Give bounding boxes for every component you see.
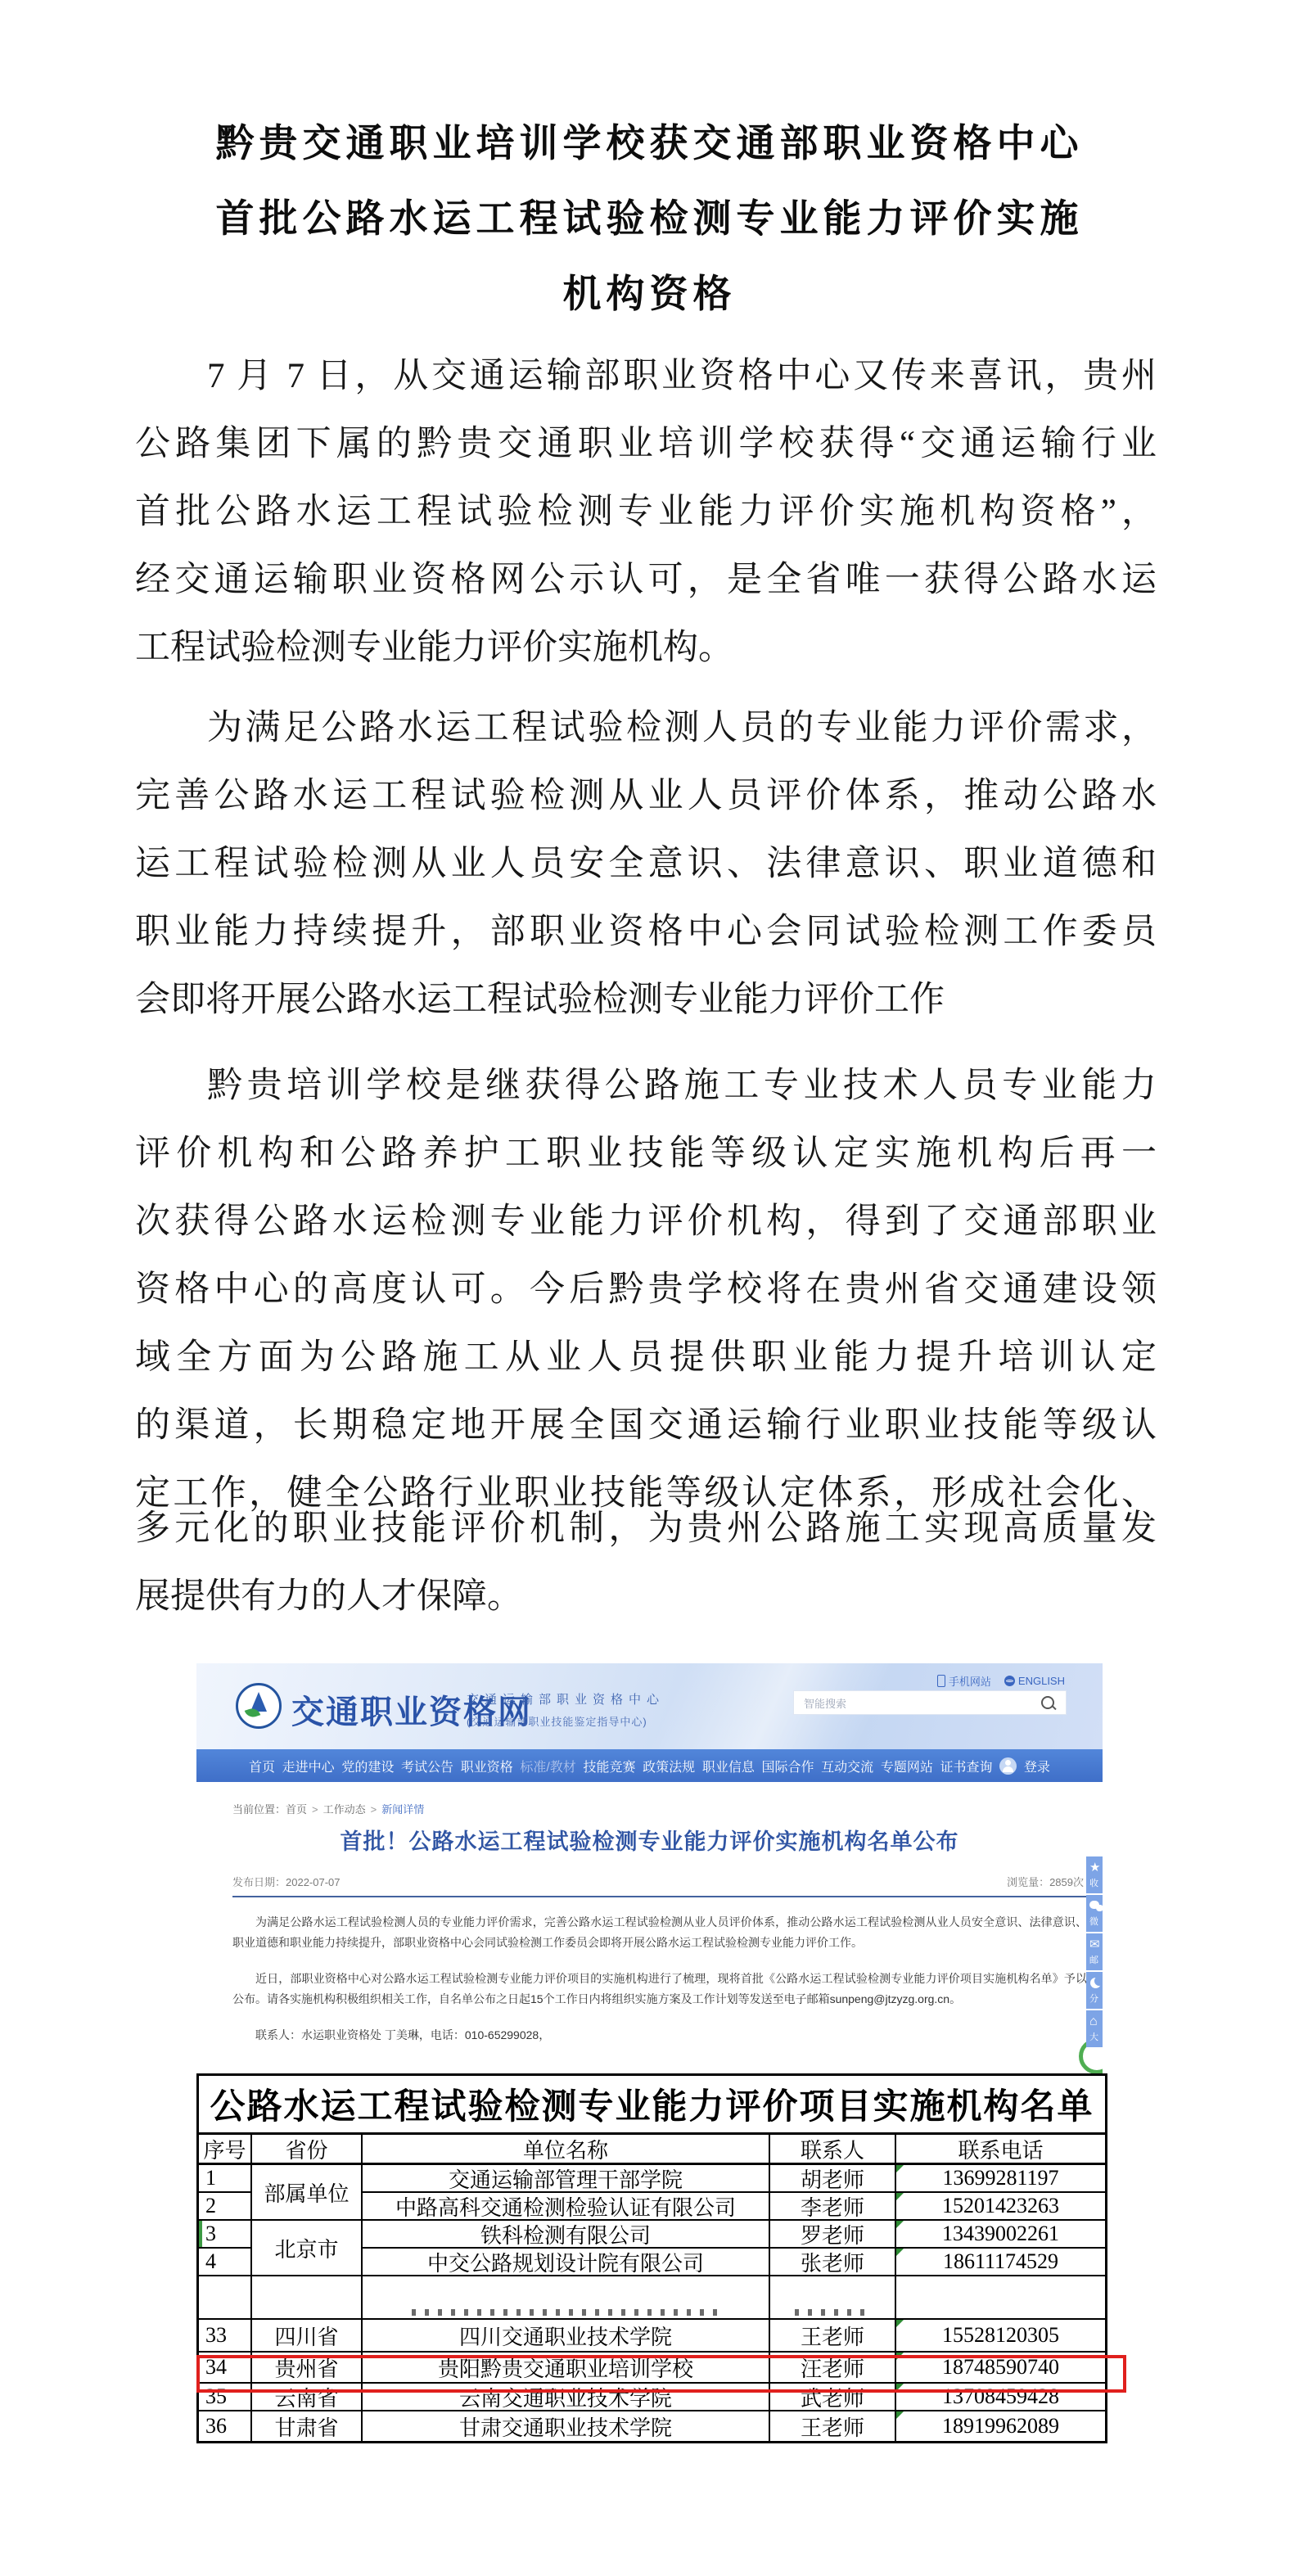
cell-contact: 罗老师 xyxy=(770,2221,896,2249)
cell-cropped xyxy=(199,2276,252,2320)
institution-table: 公路水运工程试验检测专业能力评价项目实施机构名单 序号 省份 单位名称 联系人 … xyxy=(196,2073,1107,2443)
cell-phone: 15528120305 xyxy=(896,2320,1105,2353)
building-icon xyxy=(1089,2014,1103,2028)
sidebar-mail-button[interactable]: 邮 xyxy=(1086,1933,1103,1970)
english-label: ENGLISH xyxy=(1018,1675,1065,1687)
green-marker xyxy=(199,2221,202,2247)
site-tagline: 交通运输部职业资格中心 (交通运输部职业技能鉴定指导中心) xyxy=(467,1690,665,1729)
cell-org: 贵阳黔贵交通职业培训学校 xyxy=(363,2353,770,2384)
nav-item-job-info[interactable]: 职业信息 xyxy=(702,1757,755,1775)
breadcrumb-prefix: 当前位置： xyxy=(232,1803,286,1816)
document-title-line: 首批公路水运工程试验检测专业能力评价实施 xyxy=(0,182,1299,257)
nav-item-exam-notice[interactable]: 考试公告 xyxy=(401,1757,453,1775)
nav-item-qualification[interactable]: 职业资格 xyxy=(461,1757,513,1775)
cell-cropped xyxy=(363,2276,770,2320)
breadcrumb: 当前位置：首页>工作动态>新闻详情 xyxy=(232,1801,424,1816)
text-line: 会即将开展公路水运工程试验检测专业能力评价工作 xyxy=(135,966,1157,1034)
comment-marker-icon xyxy=(896,2193,904,2200)
nav-item-party[interactable]: 党的建设 xyxy=(341,1757,394,1775)
cell-contact: 王老师 xyxy=(770,2411,896,2441)
breadcrumb-separator: > xyxy=(371,1803,377,1816)
table-rows-33-36: 33 四川省 四川交通职业技术学院 王老师 15528120305 34 贵州省… xyxy=(199,2320,1105,2441)
cell-cropped xyxy=(896,2276,1105,2320)
cell-phone: 18748590740 xyxy=(896,2353,1105,2384)
nav-item-about[interactable]: 走进中心 xyxy=(282,1757,335,1775)
text-line: 职业能力持续提升，部职业资格中心会同试验检测工作委员 xyxy=(135,898,1157,966)
cell-num: 34 xyxy=(199,2353,252,2384)
cell-cropped xyxy=(770,2276,896,2320)
comment-marker-icon xyxy=(896,2165,904,2172)
cell-num: 36 xyxy=(199,2411,252,2441)
column-header: 联系人 xyxy=(770,2135,896,2165)
text-line: 7 月 7 日，从交通运输部职业资格中心又传来喜讯，贵州 xyxy=(135,342,1157,410)
site-topbar: 手机网站 ENGLISH xyxy=(937,1673,1065,1689)
text-line: 工程试验检测专业能力评价实施机构。 xyxy=(135,614,1157,682)
cell-contact: 张老师 xyxy=(770,2249,896,2276)
column-header: 省份 xyxy=(252,2135,363,2165)
text-line: 运工程试验检测从业人员安全意识、法律意识、职业道德和 xyxy=(135,830,1157,898)
article-paragraph: 为满足公路水运工程试验检测人员的专业能力评价需求，完善公路水运工程试验检测从业人… xyxy=(232,1912,1087,1953)
table-cropped-rows xyxy=(199,2276,1105,2320)
sidebar-label: 收 xyxy=(1089,1876,1103,1889)
cell-province-group: 部属单位 xyxy=(252,2165,363,2221)
nav-item-policy[interactable]: 政策法规 xyxy=(643,1757,695,1775)
cell-province: 云南省 xyxy=(252,2384,363,2411)
nav-item-home[interactable]: 首页 xyxy=(249,1757,275,1775)
text-line: 首批公路水运工程试验检测专业能力评价实施机构资格”， xyxy=(135,478,1157,546)
sidebar-wechat-button[interactable]: 微 xyxy=(1086,1895,1103,1932)
nav-item-standards[interactable]: 标准/教材 xyxy=(520,1757,575,1775)
breadcrumb-home[interactable]: 首页 xyxy=(286,1803,307,1816)
share-icon xyxy=(1089,1976,1103,1990)
breadcrumb-news[interactable]: 工作动态 xyxy=(323,1803,366,1816)
article-paragraph: 近日，部职业资格中心对公路水运工程试验检测专业能力评价项目的实施机构进行了梳理，… xyxy=(232,1969,1087,2010)
comment-marker-icon xyxy=(896,2221,904,2228)
cell-org: 云南交通职业技术学院 xyxy=(363,2384,770,2411)
nav-item-login[interactable]: 登录 xyxy=(1024,1757,1050,1775)
table-header-row: 序号 省份 单位名称 联系人 联系电话 xyxy=(199,2135,1105,2165)
user-icon[interactable] xyxy=(999,1757,1017,1775)
mobile-site-label: 手机网站 xyxy=(949,1673,991,1689)
cell-phone: 13699281197 xyxy=(896,2165,1105,2193)
embedded-website-screenshot: 交通职业资格网 交通运输部职业资格中心 (交通运输部职业技能鉴定指导中心) 手机… xyxy=(196,1663,1103,2073)
comment-marker-icon xyxy=(896,2353,904,2360)
cell-phone: 15201423263 xyxy=(896,2193,1105,2221)
cell-num: 35 xyxy=(199,2384,252,2411)
cell-province: 甘肃省 xyxy=(252,2411,363,2441)
sidebar-hall-button[interactable]: 大 xyxy=(1086,2010,1103,2047)
cell-phone: 13439002261 xyxy=(896,2221,1105,2249)
globe-icon xyxy=(1004,1676,1015,1686)
cell-contact: 胡老师 xyxy=(770,2165,896,2193)
column-header: 序号 xyxy=(199,2135,252,2165)
cell-num: 3 xyxy=(199,2221,252,2249)
table-title: 公路水运工程试验检测专业能力评价项目实施机构名单 xyxy=(199,2076,1105,2135)
cell-org: 中交公路规划设计院有限公司 xyxy=(363,2249,770,2276)
article-body: 为满足公路水运工程试验检测人员的专业能力评价需求，完善公路水运工程试验检测从业人… xyxy=(232,1912,1087,2061)
search-box xyxy=(793,1690,1067,1715)
cell-phone: 13708459428 xyxy=(896,2384,1105,2411)
nav-item-skill-contest[interactable]: 技能竞赛 xyxy=(583,1757,635,1775)
text-line: 经交通运输职业资格网公示认可，是全省唯一获得公路水运 xyxy=(135,546,1157,614)
phone-icon xyxy=(937,1675,945,1687)
nav-item-cert-query[interactable]: 证书查询 xyxy=(940,1757,993,1775)
cell-contact: 汪老师 xyxy=(770,2353,896,2384)
sidebar-label: 邮 xyxy=(1089,1953,1103,1966)
cell-cropped xyxy=(252,2276,363,2320)
site-subtitle-2: (交通运输部职业技能鉴定指导中心) xyxy=(467,1713,665,1729)
cell-province-group: 北京市 xyxy=(252,2221,363,2276)
search-input[interactable] xyxy=(802,1692,1035,1715)
cell-contact: 王老师 xyxy=(770,2320,896,2353)
site-subtitle-1: 交通运输部职业资格中心 xyxy=(467,1690,665,1708)
comment-marker-icon xyxy=(896,2411,904,2419)
comment-marker-icon xyxy=(896,2249,904,2256)
text-line: 公路集团下属的黔贵交通职业培训学校获得“交通运输行业 xyxy=(135,410,1157,478)
article-meta: 发布日期：2022-07-07 浏览量：2859次 xyxy=(232,1874,1084,1889)
breadcrumb-separator: > xyxy=(312,1803,318,1816)
cell-org: 铁科检测有限公司 xyxy=(363,2221,770,2249)
comment-marker-icon xyxy=(896,2320,904,2327)
sidebar-label: 大 xyxy=(1089,2030,1103,2043)
nav-item-interaction[interactable]: 互动交流 xyxy=(821,1757,873,1775)
cell-phone: 18611174529 xyxy=(896,2249,1105,2276)
site-logo-icon[interactable] xyxy=(236,1683,282,1729)
cell-num: 4 xyxy=(199,2249,252,2276)
cell-province: 贵州省 xyxy=(252,2353,363,2384)
text-line: 评价机构和公路养护工职业技能等级认定实施机构后再一 xyxy=(135,1120,1157,1188)
nav-item-intl[interactable]: 国际合作 xyxy=(761,1757,814,1775)
text-line: 的渠道，长期稳定地开展全国交通运输行业职业技能等级认 xyxy=(135,1392,1157,1459)
text-line: 域全方面为公路施工从业人员提供职业能力提升培训认定 xyxy=(135,1324,1157,1392)
cell-phone: 18919962089 xyxy=(896,2411,1105,2441)
cell-org: 交通运输部管理干部学院 xyxy=(363,2165,770,2193)
cell-org: 中路高科交通检测检验认证有限公司 xyxy=(363,2193,770,2221)
document-paragraph-1: 7 月 7 日，从交通运输部职业资格中心又传来喜讯，贵州 公路集团下属的黔贵交通… xyxy=(135,342,1157,682)
sidebar-share-button[interactable]: 分 xyxy=(1086,1972,1103,2009)
text-line: 次获得公路水运检测专业能力评价机构，得到了交通部职业 xyxy=(135,1188,1157,1256)
cell-org: 四川交通职业技术学院 xyxy=(363,2320,770,2353)
search-icon[interactable] xyxy=(1041,1696,1054,1709)
truncated-text xyxy=(412,2309,720,2316)
cell-num: 2 xyxy=(199,2193,252,2221)
cell-contact: 李老师 xyxy=(770,2193,896,2221)
text-line: 为满足公路水运工程试验检测人员的专业能力评价需求， xyxy=(135,694,1157,762)
page: 黔贵交通职业培训学校获交通部职业资格中心 首批公路水运工程试验检测专业能力评价实… xyxy=(0,0,1299,2576)
nav-item-special-site[interactable]: 专题网站 xyxy=(881,1757,933,1775)
text-line: 资格中心的高度认可。今后黔贵学校将在贵州省交通建设领 xyxy=(135,1256,1157,1324)
column-header: 联系电话 xyxy=(896,2135,1105,2165)
article-title: 首批！公路水运工程试验检测专业能力评价实施机构名单公布 xyxy=(196,1824,1103,1856)
share-sidebar: 收 微 邮 分 大 xyxy=(1086,1856,1103,2049)
text-line: 黔贵培训学校是继获得公路施工专业技术人员专业能力 xyxy=(135,1052,1157,1120)
view-count: 浏览量：2859次 xyxy=(1007,1874,1084,1889)
cell-num: 1 xyxy=(199,2165,252,2193)
sidebar-favorite-button[interactable]: 收 xyxy=(1086,1856,1103,1893)
english-link[interactable]: ENGLISH xyxy=(1004,1675,1065,1687)
document-title-line: 机构资格 xyxy=(0,257,1299,332)
text-line: 完善公路水运工程试验检测从业人员评价体系，推动公路水 xyxy=(135,762,1157,830)
comment-marker-icon xyxy=(896,2384,904,2391)
cell-province: 四川省 xyxy=(252,2320,363,2353)
star-icon xyxy=(1089,1861,1103,1874)
publish-date: 发布日期：2022-07-07 xyxy=(232,1874,341,1889)
cell-org: 甘肃交通职业技术学院 xyxy=(363,2411,770,2441)
sidebar-label: 微 xyxy=(1089,1915,1103,1928)
mail-icon xyxy=(1089,1938,1103,1951)
text-line: 多元化的职业技能评价机制，为贵州公路施工实现高质量发 xyxy=(135,1495,1157,1563)
cell-contact: 武老师 xyxy=(770,2384,896,2411)
article-paragraph: 联系人：水运职业资格处 丁美琳，电话：010-65299028， xyxy=(232,2025,1087,2046)
breadcrumb-current: 新闻详情 xyxy=(381,1803,424,1816)
document-paragraph-2: 为满足公路水运工程试验检测人员的专业能力评价需求， 完善公路水运工程试验检测从业… xyxy=(135,694,1157,1034)
article-divider xyxy=(232,1896,1090,1897)
document-title: 黔贵交通职业培训学校获交通部职业资格中心 首批公路水运工程试验检测专业能力评价实… xyxy=(0,106,1299,332)
mobile-site-link[interactable]: 手机网站 xyxy=(937,1673,991,1689)
truncated-text xyxy=(795,2309,869,2316)
text-line: 展提供有力的人才保障。 xyxy=(135,1563,1157,1631)
cell-num: 33 xyxy=(199,2320,252,2353)
wechat-icon xyxy=(1089,1899,1103,1913)
document-paragraph-3: 黔贵培训学校是继获得公路施工专业技术人员专业能力 评价机构和公路养护工职业技能等… xyxy=(135,1052,1157,1631)
sidebar-label: 分 xyxy=(1089,1992,1103,2005)
site-navbar: 首页 走进中心 党的建设 考试公告 职业资格 标准/教材 技能竞赛 政策法规 职… xyxy=(196,1749,1103,1782)
table-rows-1-4: 1 2 3 4 部属单位 北京市 交通运输部管理干部学院 中路高科交通检测检验认… xyxy=(199,2165,1105,2276)
document-title-line: 黔贵交通职业培训学校获交通部职业资格中心 xyxy=(0,106,1299,182)
column-header: 单位名称 xyxy=(363,2135,770,2165)
